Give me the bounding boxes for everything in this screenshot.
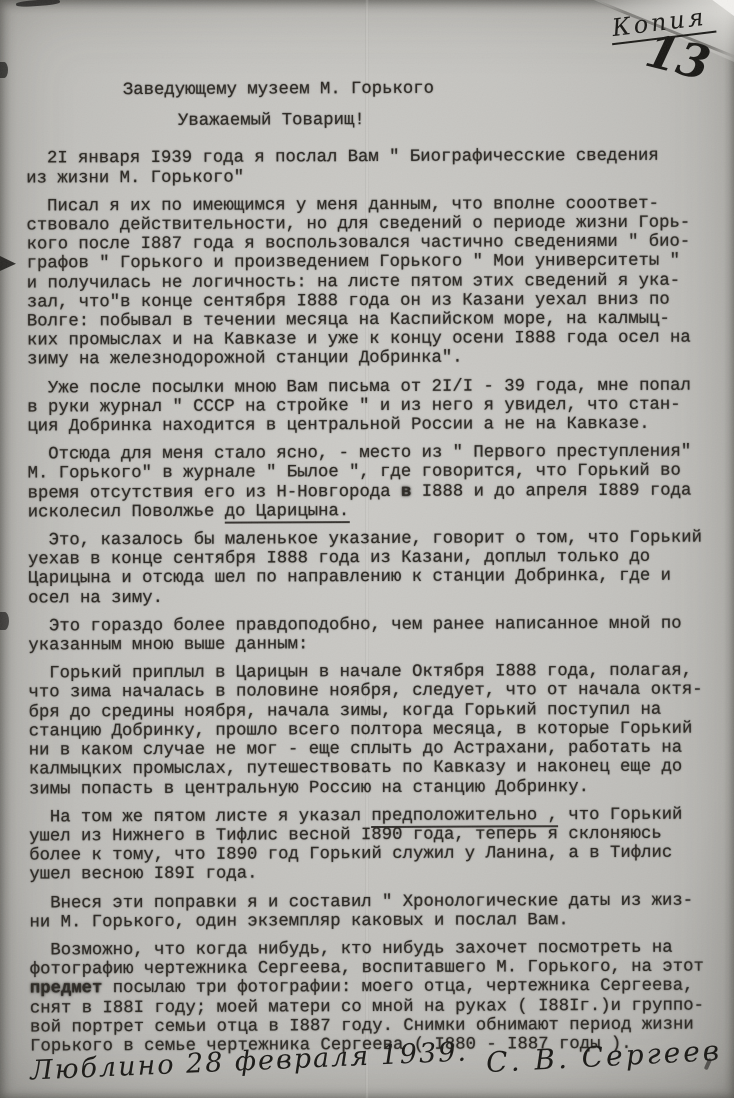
recipient-line: Заведующему музеем М. Горького xyxy=(26,78,722,100)
text-line: более к тому, что I890 год Горький служи… xyxy=(29,844,725,866)
typed-text: и получилась не логичность: на листе пят… xyxy=(27,271,680,293)
overstruck-text: в xyxy=(401,483,411,502)
typed-text: более к тому, что I890 год Горький служи… xyxy=(29,844,672,866)
typed-text: графов " Горького и произведением Горько… xyxy=(27,252,680,274)
typed-text: указанным мною выше данным: xyxy=(28,635,308,655)
typed-text: что Горький xyxy=(558,805,683,825)
paragraph: Это гораздо более правдоподобно, чем ран… xyxy=(28,614,724,655)
salutation-line: Уважаемый Товарищ! xyxy=(26,110,722,132)
typed-text: зимы попасть в центральную Россию на ста… xyxy=(29,778,589,799)
text-line: из жизни М. Горького" xyxy=(26,166,722,188)
typed-text: М. Горького" в журнале " Былое ", где го… xyxy=(28,462,681,484)
typed-text: осел на зиму. xyxy=(28,589,163,609)
typed-text: Уже после посылки мною Вам письма от 2I/… xyxy=(27,376,691,398)
text-line: Внеся эти поправки я и составил " Хронол… xyxy=(29,891,725,913)
paragraph: 2I января I939 года я послал Вам " Биогр… xyxy=(26,147,722,188)
typed-text: ушел весною I89I года. xyxy=(29,865,257,885)
ink-stain xyxy=(0,62,8,78)
paragraph: На том же пятом листе я указал предполож… xyxy=(29,805,725,885)
text-line: 2I января I939 года я послал Вам " Биогр… xyxy=(26,147,722,169)
typed-text: 2I января I939 года я послал Вам " Биогр… xyxy=(26,147,659,169)
typed-text: вой портрет семьи отца в I887 году. Сним… xyxy=(30,1015,694,1037)
text-line: ушел весною I89I года. xyxy=(29,863,725,885)
ink-stain xyxy=(0,612,9,630)
paragraphs-container: 2I января I939 года я послал Вам " Биогр… xyxy=(26,147,726,1057)
typed-text: ких промыслах и на Кавказе и уже к концу… xyxy=(27,329,691,351)
paragraph: Это, казалось бы маленькое указание, гов… xyxy=(28,529,724,609)
typed-text: исколесил Поволжье xyxy=(28,503,225,523)
letter-body: Заведующему музеем М. Горького Уважаемый… xyxy=(26,78,726,1065)
paragraph: Писал я их по имеющимся у меня данным, ч… xyxy=(26,194,723,370)
typed-text: Это гораздо более правдоподобно, чем ран… xyxy=(28,615,681,637)
text-line: исколесил Поволжье до Царицына. xyxy=(28,500,724,522)
typed-text: бря до средины ноября, начала зимы, когд… xyxy=(29,700,662,722)
text-line: ция Добринка находится в центральной Рос… xyxy=(27,415,723,437)
typed-text: На том же пятом листе я указал xyxy=(29,807,371,827)
ink-stain xyxy=(16,0,60,8)
underlined-text: до Царицына. xyxy=(225,502,350,524)
typed-text: зиму на железнодорожной станции Добринка… xyxy=(27,349,463,370)
typed-text: Царицына и отсюда шел по направлению к с… xyxy=(28,567,671,589)
text-line: Это гораздо более правдоподобно, чем ран… xyxy=(28,614,724,636)
ink-stain xyxy=(0,256,16,271)
overstruck-text: предмет xyxy=(30,980,103,999)
typed-text: ция Добринка находится в центральной Рос… xyxy=(27,415,649,437)
typed-text: в руки журнал " СССР на стройке " и из н… xyxy=(27,396,680,418)
typed-text: калмыцких промыслах, путешествовать по К… xyxy=(29,758,682,780)
typed-text: I888 и до апреля I889 года xyxy=(411,481,691,501)
text-line: зиму на железнодорожной станции Добринка… xyxy=(27,348,723,370)
text-line: калмыцких промыслах, путешествовать по К… xyxy=(29,758,725,780)
text-line: указанным мною выше данным: xyxy=(28,634,724,656)
text-line: Царицына и отсюда шел по направлению к с… xyxy=(28,567,724,589)
scanned-letter-page: Копия 13 Заведующему музеем М. Горького … xyxy=(0,0,734,1098)
text-line: зимы попасть в центральную Россию на ста… xyxy=(29,777,725,799)
paragraph: Горький приплыл в Царицын в начале Октяб… xyxy=(28,662,725,799)
text-line: осел на зиму. xyxy=(28,586,724,608)
typed-text: ушел из Нижнего в Тифлис весной I890 год… xyxy=(29,825,662,847)
typed-text: ни М. Горького, один экземпляр каковых и… xyxy=(29,911,568,932)
paragraph: Уже после посылки мною Вам письма от 2I/… xyxy=(27,376,723,437)
typed-text: посылаю три фотографии: моего отца, черт… xyxy=(102,977,693,999)
text-line: ких промыслах и на Кавказе и уже к концу… xyxy=(27,329,723,351)
typed-text: время отсутствия его из Н-Новгорода xyxy=(28,483,401,504)
typed-text: Внеся эти поправки я и составил " Хронол… xyxy=(29,891,693,913)
paragraph: Внеся эти поправки я и составил " Хронол… xyxy=(29,891,725,932)
text-line: время отсутствия его из Н-Новгорода в I8… xyxy=(28,481,724,503)
typed-text: из жизни М. Горького" xyxy=(26,168,244,188)
typed-text: зал, что"в конце сентября I888 года он и… xyxy=(27,291,670,313)
typed-text: Писал я их по имеющимся у меня данным, ч… xyxy=(26,195,659,217)
paragraph: Отсюда для меня стало ясно, - место из "… xyxy=(27,443,723,523)
text-line: ни М. Горького, один экземпляр каковых и… xyxy=(29,910,725,932)
